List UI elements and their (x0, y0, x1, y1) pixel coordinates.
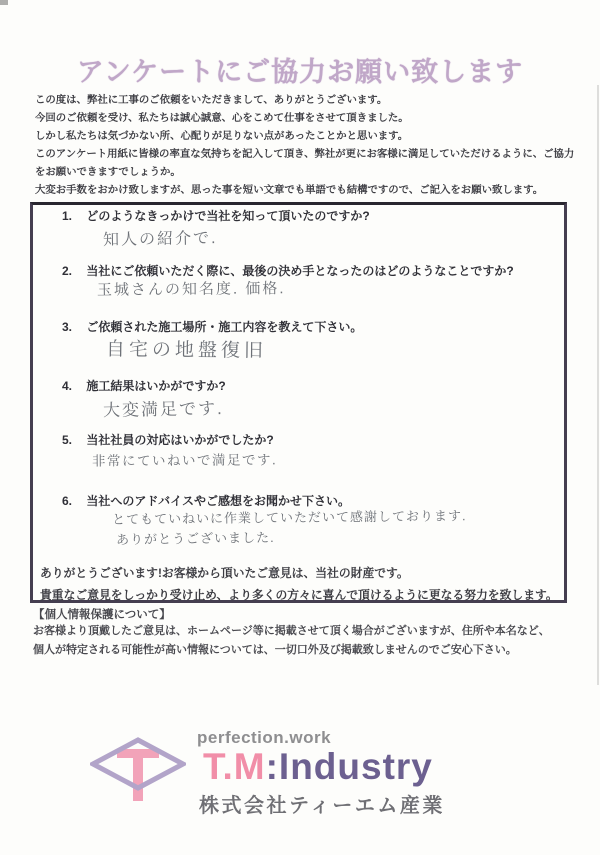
answer-3-handwritten: 自宅の地盤復旧 (106, 334, 267, 363)
answer-1-handwritten: 知人の紹介で. (103, 225, 218, 250)
company-name: 株式会社ティーエム産業 (199, 789, 445, 818)
question-3-number: 3. (62, 320, 72, 334)
question-4-number: 4. (62, 379, 72, 393)
question-1-text: どのようなきっかけで当社を知って頂いたのですか? (86, 209, 369, 223)
brand-initials: T.M (203, 746, 266, 787)
question-5: 5. 当社社員の対応はいかがでしたか? (62, 431, 274, 448)
question-2-text: 当社にご依頼いただく際に、最後の決め手となったのはどのようなことですか? (86, 264, 513, 278)
answer-5-handwritten: 非常にていねいで満足です. (92, 448, 277, 469)
question-2: 2. 当社にご依頼いただく際に、最後の決め手となったのはどのようなことですか? (62, 262, 514, 279)
privacy-line: 個人が特定される可能性が高い情報については、一切口外及び掲載致しませんのでご安心… (33, 641, 550, 660)
intro-line: この度は、弊社に工事のご依頼をいただきまして、ありがとうございます。 (35, 92, 574, 110)
question-4-text: 施工結果はいかがですか? (86, 379, 225, 393)
privacy-line: お客様より頂戴したご意見は、ホームページ等に掲載させて頂く場合がございますが、住… (33, 622, 550, 641)
answer-4-handwritten: 大変満足です. (103, 394, 224, 421)
intro-line: 今回のご依頼を受け、私たちは誠心誠意、心をこめて仕事をさせて頂きました。 (35, 110, 574, 128)
answer-2-handwritten: 玉城さんの知名度. 価格. (97, 277, 286, 300)
question-3-text: ご依頼された施工場所・施工内容を教えて下さい。 (86, 320, 362, 334)
tm-logo-icon (90, 737, 186, 807)
intro-line: このアンケート用紙に皆様の率直な気持ちを記入して頂き、弊社が更にお客様に満足して… (35, 146, 574, 164)
privacy-section-body: お客様より頂戴したご意見は、ホームページ等に掲載させて頂く場合がございますが、住… (33, 622, 550, 659)
question-6-number: 6. (62, 494, 72, 508)
question-3: 3. ご依頼された施工場所・施工内容を教えて下さい。 (62, 318, 362, 335)
question-2-number: 2. (62, 264, 72, 278)
intro-line: しかし私たちは気づかない所、心配りが足りない点があったことかと思います。 (35, 128, 574, 146)
question-5-number: 5. (62, 433, 72, 447)
scanned-survey-page: アンケートにご協力お願い致します この度は、弊社に工事のご依頼をいただきまして、… (0, 0, 600, 855)
intro-paragraph: この度は、弊社に工事のご依頼をいただきまして、ありがとうございます。 今回のご依… (35, 92, 574, 200)
brand-name: :Industry (266, 746, 433, 787)
logo-t-icon (117, 749, 159, 801)
intro-line: 大変お手数をおかけ致しますが、思った事を短い文章でも単語でも結構ですので、ご記入… (35, 182, 574, 200)
scan-artifact-edge (597, 85, 599, 685)
answer-6-handwritten-line2: ありがとうございました. (116, 527, 275, 548)
question-1-number: 1. (62, 209, 72, 223)
brand-wordmark: T.M:Industry (203, 746, 433, 788)
closing-message-line1: ありがとうございます!お客様から頂いたご意見は、当社の財産です。 (40, 564, 409, 581)
footer-tagline: perfection.work (197, 728, 331, 748)
privacy-section-heading: 【個人情報保護について】 (33, 606, 171, 622)
intro-line: をお願いできますでしょうか。 (35, 164, 574, 182)
closing-message-line2: 貴重なご意見をしっかり受け止め、より多くの方々に喜んで頂けるように更なる努力を致… (40, 586, 558, 603)
question-5-text: 当社社員の対応はいかがでしたか? (86, 433, 273, 447)
page-title: アンケートにご協力お願い致します (0, 50, 600, 89)
answer-6-handwritten-line1: とてもていねいに作業していただいて感謝しております. (112, 505, 467, 528)
scan-artifact-corner (0, 0, 8, 5)
question-1: 1. どのようなきっかけで当社を知って頂いたのですか? (62, 207, 370, 224)
question-4: 4. 施工結果はいかがですか? (62, 377, 226, 394)
